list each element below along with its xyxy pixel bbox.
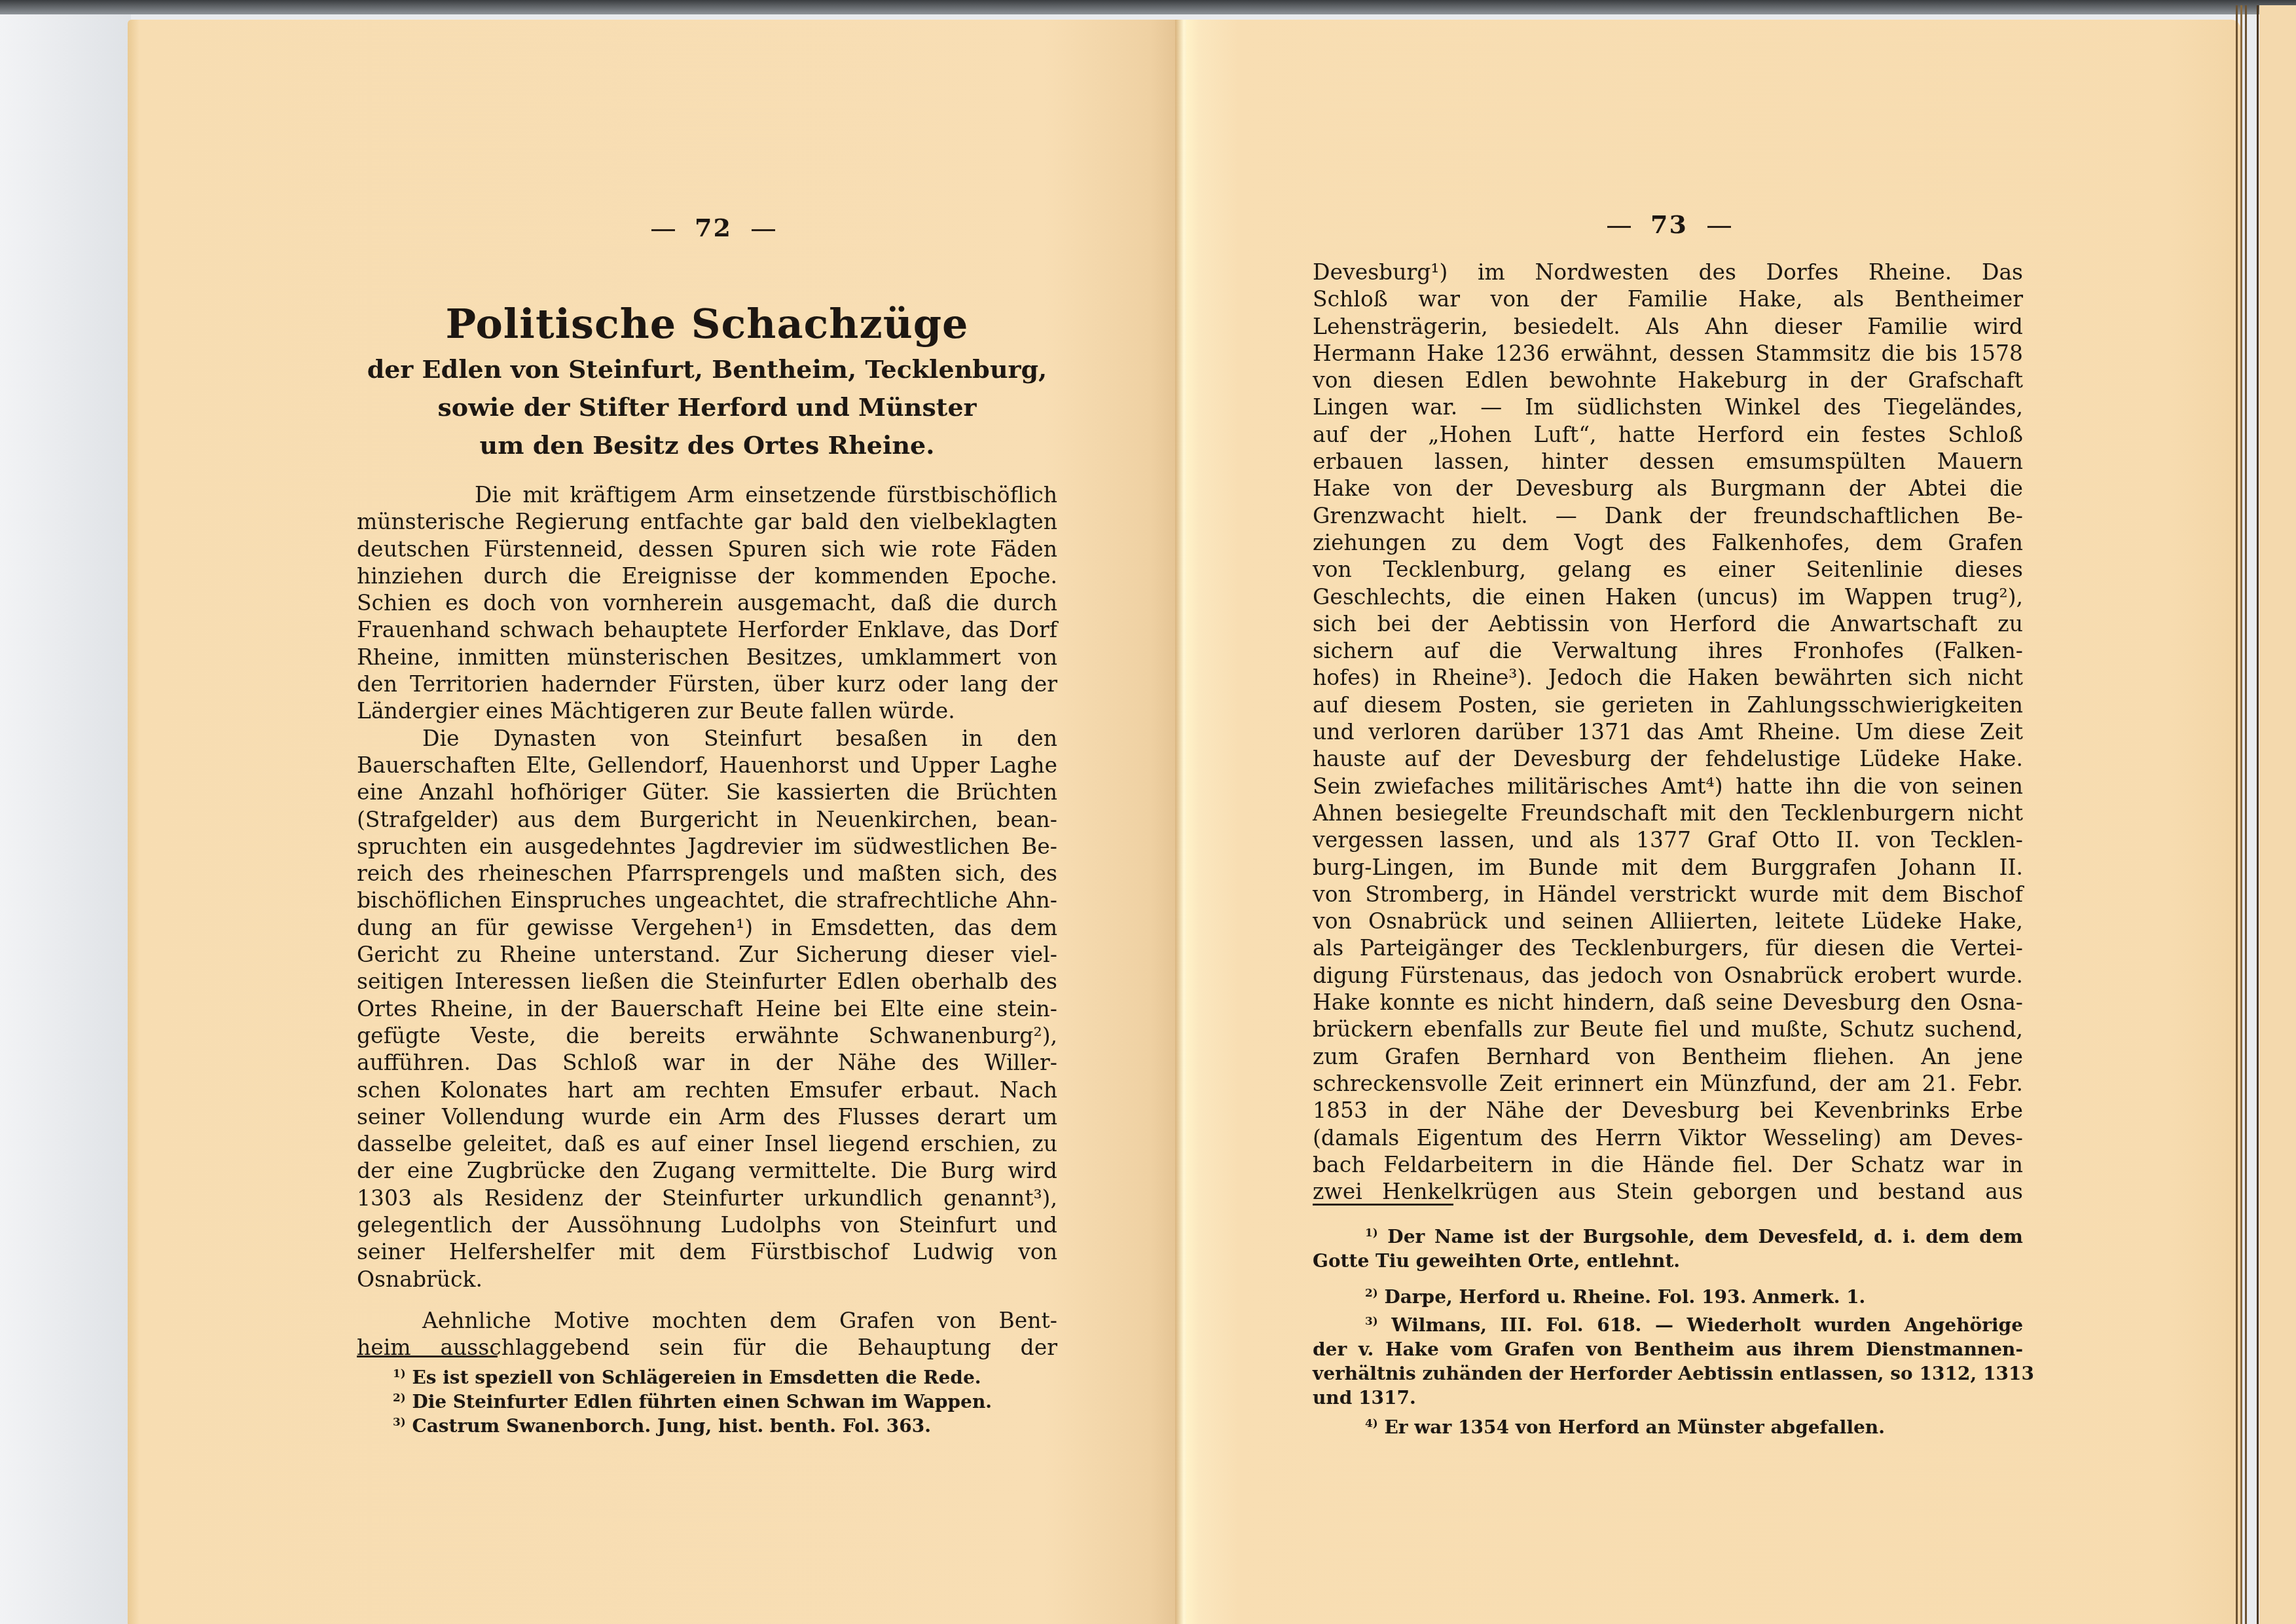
- body-line: zwei Henkelkrügen aus Stein geborgen und…: [1313, 1178, 2023, 1205]
- body-line: digung Fürstenaus, das jedoch von Osnabr…: [1313, 962, 2023, 989]
- body-line: gefügte Veste, die bereits erwähnte Schw…: [357, 1022, 1057, 1049]
- body-line: hauste auf der Devesburg der fehdelustig…: [1313, 745, 2023, 772]
- body-line: Schloß war von der Familie Hake, als Ben…: [1313, 286, 2023, 312]
- body-line: Osnabrück.: [357, 1266, 1057, 1293]
- body-line: spruchten ein ausgedehntes Jagdrevier im…: [357, 833, 1057, 860]
- page-number-text: 73: [1650, 210, 1688, 239]
- body-line: eine Anzahl hofhöriger Güter. Sie kassie…: [357, 779, 1057, 805]
- body-line: sichern auf die Verwaltung ihres Fronhof…: [1313, 637, 2023, 664]
- dash-ornament: [651, 229, 675, 231]
- body-line: deutschen Fürstenneid, dessen Spuren sic…: [357, 536, 1057, 563]
- footnote-continuation: und 1317.: [1313, 1386, 2023, 1410]
- body-line: burg-Lingen, im Bunde mit dem Burggrafen…: [1313, 854, 2023, 881]
- body-line: aufführen. Das Schloß war in der Nähe de…: [357, 1049, 1057, 1076]
- body-line: 1853 in der Nähe der Devesburg bei Keven…: [1313, 1097, 2023, 1124]
- body-line: Hake konnte es nicht hindern, daß seine …: [1313, 989, 2023, 1016]
- page-number-text: 72: [695, 213, 732, 242]
- body-line: Aehnliche Motive mochten dem Grafen von …: [357, 1307, 1057, 1334]
- footnote-text: Die Steinfurter Edlen führten einen Schw…: [412, 1391, 992, 1412]
- body-line: schen Kolonates hart am rechten Emsufer …: [357, 1077, 1057, 1103]
- body-line: sich bei der Aebtissin von Herford die A…: [1313, 610, 2023, 637]
- body-line: seitigen Interessen ließen die Steinfurt…: [357, 968, 1057, 995]
- right-page-footnotes: 1) Der Name ist der Burgsohle, dem Deves…: [1313, 1225, 2023, 1439]
- body-line: von diesen Edlen bewohnte Hakeburg in de…: [1313, 367, 2023, 394]
- body-line: vergessen lassen, und als 1377 Graf Otto…: [1313, 826, 2023, 853]
- body-line: 1303 als Residenz der Steinfurter urkund…: [357, 1185, 1057, 1211]
- left-page-body: Die mit kräftigem Arm einsetzende fürstb…: [357, 481, 1057, 1361]
- body-line: von Tecklenburg, gelang es einer Seitenl…: [1313, 556, 2023, 583]
- chapter-subtitle-line: der Edlen von Steinfurt, Bentheim, Teckl…: [354, 350, 1061, 388]
- body-line: münsterische Regierung entfachte gar bal…: [357, 508, 1057, 535]
- footnote-text: Wilmans, III. Fol. 618. — Wiederholt wur…: [1391, 1314, 2023, 1336]
- footnote: 3) Wilmans, III. Fol. 618. — Wiederholt …: [1313, 1313, 2023, 1337]
- dash-ornament: [752, 229, 775, 231]
- footnote-text: Castrum Swanenborch. Jung, hist. benth. …: [412, 1415, 931, 1437]
- body-line: seiner Helfershelfer mit dem Fürstbischo…: [357, 1238, 1057, 1265]
- footnote: 1) Es ist speziell von Schlägereien in E…: [393, 1365, 1080, 1390]
- body-line: auf diesem Posten, sie gerieten in Zahlu…: [1313, 692, 2023, 718]
- footnote-text: Er war 1354 von Herford an Münster abgef…: [1384, 1416, 1885, 1438]
- body-line: reich des rheineschen Pfarrsprengels und…: [357, 860, 1057, 887]
- footnote-text: Darpe, Herford u. Rheine. Fol. 193. Anme…: [1384, 1286, 1865, 1308]
- footnote-marker: 2): [1365, 1286, 1378, 1299]
- footnote: 1) Der Name ist der Burgsohle, dem Deves…: [1313, 1225, 2023, 1249]
- body-line: Grenzwacht hielt. — Dank der freundschaf…: [1313, 502, 2023, 529]
- body-line: hinziehen durch die Ereignisse der komme…: [357, 563, 1057, 589]
- footnote-continuation: Gotte Tiu geweihten Orte, entlehnt.: [1313, 1249, 2023, 1273]
- body-line: schreckensvolle Zeit erinnert ein Münzfu…: [1313, 1070, 2023, 1097]
- dash-ornament: [1607, 226, 1631, 228]
- body-line: Frauenhand schwach behauptete Herforder …: [357, 616, 1057, 643]
- footnote-rule: [1313, 1204, 1453, 1206]
- left-page-footnotes: 1) Es ist speziell von Schlägereien in E…: [393, 1365, 1080, 1438]
- body-line: erbauen lassen, hinter dessen emsumspült…: [1313, 448, 2023, 475]
- body-line: zum Grafen Bernhard von Bentheim fliehen…: [1313, 1043, 2023, 1070]
- body-line: ziehungen zu dem Vogt des Falkenhofes, d…: [1313, 529, 2023, 556]
- footnote-marker: 2): [393, 1391, 406, 1404]
- footnote-marker: 1): [1365, 1226, 1378, 1239]
- body-line: seiner Vollendung wurde ein Arm des Flus…: [357, 1103, 1057, 1130]
- body-line: der eine Zugbrücke den Zugang vermittelt…: [357, 1157, 1057, 1184]
- body-line: dung an für gewisse Vergehen¹) in Emsdet…: [357, 914, 1057, 941]
- footnote-text: Es ist speziell von Schlägereien in Emsd…: [412, 1367, 981, 1388]
- footnote-marker: 4): [1365, 1416, 1378, 1430]
- body-line: Gericht zu Rheine unterstand. Zur Sicher…: [357, 941, 1057, 968]
- page-number-left: 72: [632, 213, 795, 242]
- footnote-text: Der Name ist der Burgsohle, dem Devesfel…: [1387, 1226, 2023, 1247]
- scanner-background: [0, 14, 131, 1624]
- body-line: brückern ebenfalls zur Beute fiel und mu…: [1313, 1016, 2023, 1043]
- dash-ornament: [1707, 226, 1731, 228]
- body-line: von Stromberg, in Händel verstrickt wurd…: [1313, 881, 2023, 908]
- body-line: den Territorien hadernder Fürsten, über …: [357, 671, 1057, 697]
- body-line: Die Dynasten von Steinfurt besaßen in de…: [357, 725, 1057, 752]
- body-line: Ortes Rheine, in der Bauerschaft Heine b…: [357, 995, 1057, 1022]
- body-line: von Osnabrück und seinen Alliierten, lei…: [1313, 908, 2023, 934]
- body-line: (damals Eigentum des Herrn Viktor Wessel…: [1313, 1124, 2023, 1151]
- footnote-marker: 3): [393, 1415, 406, 1428]
- body-line: Rheine, inmitten münsterischen Besitzes,…: [357, 644, 1057, 671]
- body-line: Lehensträgerin, besiedelt. Als Ahn diese…: [1313, 313, 2023, 340]
- footnote-continuation: verhältnis zuhänden der Herforder Aebtis…: [1313, 1361, 2023, 1386]
- footnote-rule: [357, 1356, 498, 1357]
- body-line: als Parteigänger des Tecklenburgers, für…: [1313, 934, 2023, 961]
- right-page-body: Devesburg¹) im Nordwesten des Dorfes Rhe…: [1313, 259, 2023, 1205]
- chapter-subtitle-line: um den Besitz des Ortes Rheine.: [354, 426, 1061, 464]
- chapter-subtitle-line: sowie der Stifter Herford und Münster: [354, 388, 1061, 426]
- body-line: und verloren darüber 1371 das Amt Rheine…: [1313, 718, 2023, 745]
- body-line: bach Feldarbeitern in die Hände fiel. De…: [1313, 1151, 2023, 1178]
- scanner-top-edge: [0, 0, 2296, 14]
- footnote: 2) Die Steinfurter Edlen führten einen S…: [393, 1390, 1080, 1414]
- body-line: Geschlechts, die einen Haken (uncus) im …: [1313, 583, 2023, 610]
- body-line: Sein zwiefaches militärisches Amt⁴) hatt…: [1313, 773, 2023, 800]
- body-line: gelegentlich der Aussöhnung Ludolphs von…: [357, 1211, 1057, 1238]
- body-line: Die mit kräftigem Arm einsetzende fürstb…: [357, 481, 1057, 508]
- body-line: Hermann Hake 1236 erwähnt, dessen Stamms…: [1313, 340, 2023, 367]
- body-line: auf der „Hohen Luft“, hatte Herford ein …: [1313, 421, 2023, 448]
- body-line: hofes) in Rheine³). Jedoch die Haken bew…: [1313, 664, 2023, 691]
- footnote: 2) Darpe, Herford u. Rheine. Fol. 193. A…: [1313, 1285, 2023, 1309]
- body-line: Ahnen besiegelte Freundschaft mit den Te…: [1313, 800, 2023, 826]
- body-line: bischöflichen Einspruches ungeachtet, di…: [357, 887, 1057, 913]
- chapter-title: Politische Schachzüge: [354, 298, 1061, 350]
- footnote-marker: 3): [1365, 1314, 1378, 1327]
- body-line: Hake von der Devesburg als Burgmann der …: [1313, 475, 2023, 502]
- footnote-marker: 1): [393, 1367, 406, 1380]
- chapter-title-block: Politische Schachzüge der Edlen von Stei…: [354, 298, 1061, 464]
- footnote: 3) Castrum Swanenborch. Jung, hist. bent…: [393, 1414, 1080, 1438]
- body-line: Devesburg¹) im Nordwesten des Dorfes Rhe…: [1313, 259, 2023, 286]
- stacked-page-edges: [2236, 5, 2296, 1624]
- footnote-continuation: der v. Hake vom Grafen von Bentheim aus …: [1313, 1337, 2023, 1361]
- body-line: dasselbe geleitet, daß es auf einer Inse…: [357, 1130, 1057, 1157]
- body-line: Bauerschaften Elte, Gellendorf, Hauenhor…: [357, 752, 1057, 779]
- body-line: (Strafgelder) aus dem Burgericht in Neue…: [357, 806, 1057, 833]
- body-line: Ländergier eines Mächtigeren zur Beute f…: [357, 697, 1057, 724]
- page-number-right: 73: [1588, 210, 1751, 239]
- body-line: Schien es doch von vornherein ausgemacht…: [357, 589, 1057, 616]
- body-line: Lingen war. — Im südlichsten Winkel des …: [1313, 394, 2023, 420]
- footnote: 4) Er war 1354 von Herford an Münster ab…: [1313, 1415, 2023, 1439]
